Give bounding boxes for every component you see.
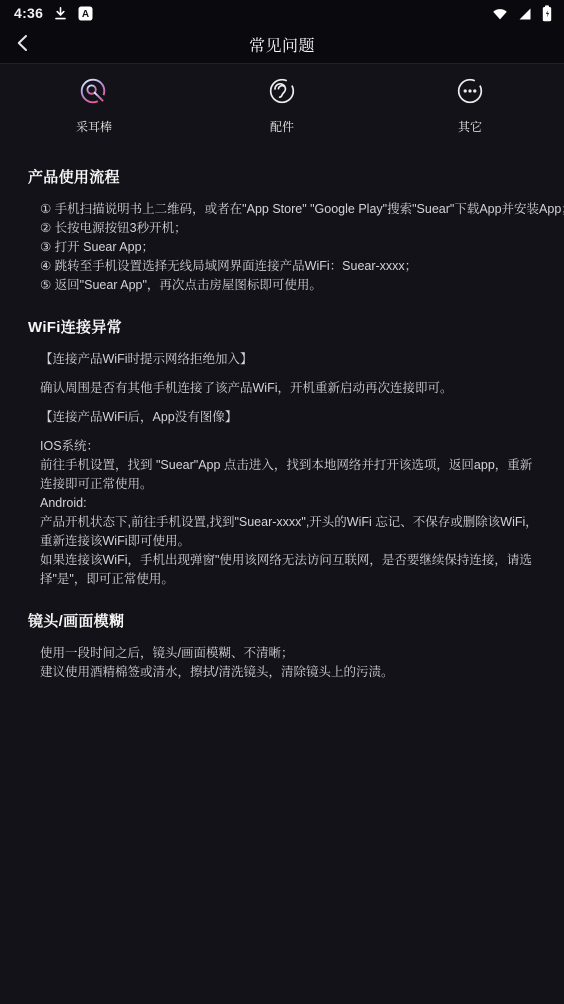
clock: 4:36 xyxy=(14,5,43,21)
faq-step: ⑤ 返回"Suear App"，再次点击房屋图标即可使用。 xyxy=(40,276,540,295)
section-wifi-issues: WiFi连接异常 【连接产品WiFi时提示网络拒绝加入】 确认周围是否有其他手机… xyxy=(28,316,540,589)
category-accessories-label: 配件 xyxy=(270,118,294,135)
faq-paragraph: 确认周围是否有其他手机连接了该产品WiFi，开机重新启动再次连接即可。 xyxy=(40,379,540,398)
category-accessories[interactable]: 配件 xyxy=(188,75,376,135)
category-earpick[interactable]: 采耳棒 xyxy=(0,75,188,135)
category-other[interactable]: 其它 xyxy=(376,75,564,135)
page-title: 常见问题 xyxy=(249,33,315,56)
faq-step: ③ 打开 Suear App； xyxy=(40,238,540,257)
faq-line: 建议使用酒精棉签或清水，擦拭/清洗镜头，清除镜头上的污渍。 xyxy=(40,663,540,682)
download-icon xyxy=(53,6,68,21)
faq-detail-line: IOS系统： xyxy=(40,437,540,456)
category-row: 采耳棒 配件 其它 xyxy=(0,64,564,135)
category-other-label: 其它 xyxy=(458,118,482,135)
section-blurry-lens: 镜头/画面模糊 使用一段时间之后，镜头/画面模糊、不清晰； 建议使用酒精棉签或清… xyxy=(28,610,540,682)
faq-paragraph: 【连接产品WiFi后，App没有图像】 xyxy=(40,408,540,427)
section-title: WiFi连接异常 xyxy=(28,316,540,337)
section-title: 镜头/画面模糊 xyxy=(28,610,540,631)
category-earpick-label: 采耳棒 xyxy=(76,118,112,135)
faq-paragraph: 【连接产品WiFi时提示网络拒绝加入】 xyxy=(40,350,540,369)
faq-step: ① 手机扫描说明书上二维码，或者在"App Store" "Google Pla… xyxy=(40,200,540,219)
faq-step: ② 长按电源按钮3秒开机； xyxy=(40,219,540,238)
wifi-icon xyxy=(492,7,508,20)
status-bar: 4:36 A xyxy=(0,0,564,26)
svg-text:A: A xyxy=(82,9,89,20)
ear-pick-icon xyxy=(77,75,111,112)
app-header: 常见问题 xyxy=(0,26,564,63)
battery-charging-icon xyxy=(542,5,552,22)
faq-detail-line: 产品开机状态下,前往手机设置,找到"Suear-xxxx",开头的WiFi 忘记… xyxy=(40,513,540,551)
section-title: 产品使用流程 xyxy=(28,166,540,187)
faq-content: 产品使用流程 ① 手机扫描说明书上二维码，或者在"App Store" "Goo… xyxy=(0,135,564,743)
faq-step: ④ 跳转至手机设置选择无线局域网界面连接产品WiFi：Suear-xxxx； xyxy=(40,257,540,276)
faq-detail-line: 如果连接该WiFi，手机出现弹窗"使用该网络无法访问互联网，是否要继续保持连接，… xyxy=(40,551,540,589)
ellipsis-icon xyxy=(453,75,487,112)
faq-detail-line: Android: xyxy=(40,494,540,513)
faq-detail-line: 前往手机设置，找到 "Suear"App 点击进入，找到本地网络并打开该选项，返… xyxy=(40,456,540,494)
back-button[interactable] xyxy=(6,26,40,63)
ear-icon xyxy=(265,75,299,112)
faq-line: 使用一段时间之后，镜头/画面模糊、不清晰； xyxy=(40,644,540,663)
section-product-usage: 产品使用流程 ① 手机扫描说明书上二维码，或者在"App Store" "Goo… xyxy=(28,166,540,295)
chevron-left-icon xyxy=(12,31,34,58)
cellular-signal-icon xyxy=(518,7,532,20)
letter-a-badge-icon: A xyxy=(78,6,93,21)
faq-detail-block: IOS系统： 前往手机设置，找到 "Suear"App 点击进入，找到本地网络并… xyxy=(40,437,540,589)
